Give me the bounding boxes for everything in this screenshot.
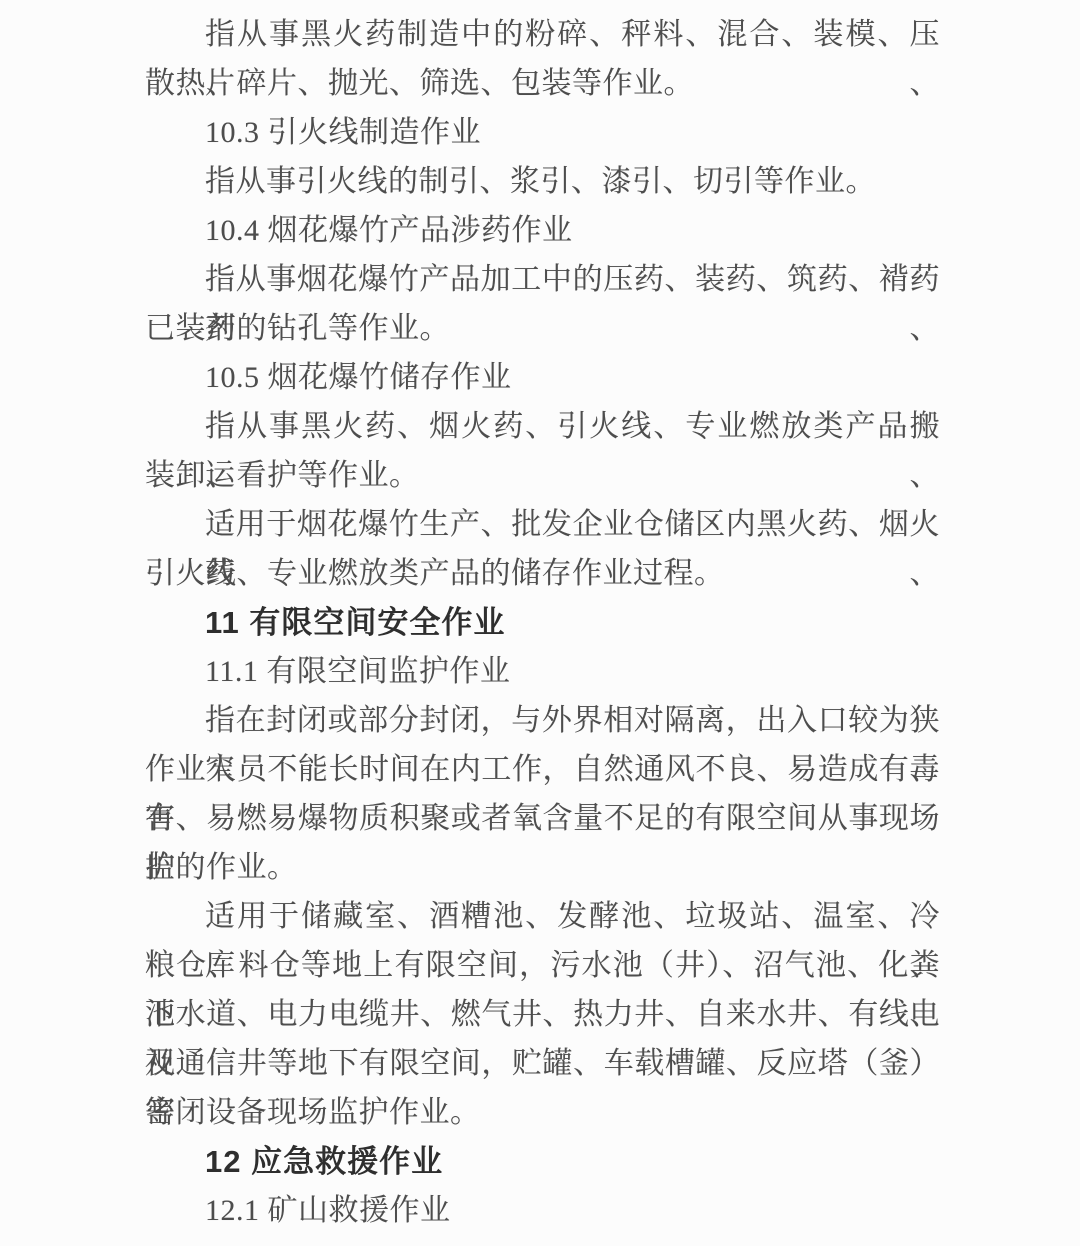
body-text-line: 适用于烟花爆竹生产、批发企业仓储区内黑火药、烟火药、 xyxy=(145,500,940,549)
body-text-line: 密闭设备现场监护作业。 xyxy=(145,1088,940,1137)
body-text-line: 指从事黑火药制造中的粉碎、秤料、混合、装模、压片、 xyxy=(145,10,940,59)
body-text-line: 作业人员不能长时间在内工作，自然通风不良、易造成有毒有 xyxy=(145,745,940,794)
body-text-line: 适用于储藏室、酒糟池、发酵池、垃圾站、温室、冷库、 xyxy=(145,892,940,941)
subsection-heading-10-4: 10.4 烟花爆竹产品涉药作业 xyxy=(145,206,940,255)
body-text-line: 及通信井等地下有限空间，贮罐、车载槽罐、反应塔（釜）等 xyxy=(145,1039,940,1088)
body-text-line: 粮仓、料仓等地上有限空间，污水池（井）、沼气池、化粪池、 xyxy=(145,941,940,990)
body-text-line: 指从事烟花爆竹产品加工中的压药、装药、筑药、褙药剂、 xyxy=(145,255,940,304)
body-text-line: 护的作业。 xyxy=(145,843,940,892)
subsection-heading-12-1: 12.1 矿山救援作业 xyxy=(145,1186,940,1235)
subsection-heading-10-5: 10.5 烟花爆竹储存作业 xyxy=(145,353,940,402)
subsection-heading-10-3: 10.3 引火线制造作业 xyxy=(145,108,940,157)
body-text-line: 害、易燃易爆物质积聚或者氧含量不足的有限空间从事现场监 xyxy=(145,794,940,843)
body-text-line: 下水道、电力电缆井、燃气井、热力井、自来水井、有线电视 xyxy=(145,990,940,1039)
section-heading-12: 12 应急救援作业 xyxy=(145,1137,940,1186)
body-text-line: 指在封闭或部分封闭，与外界相对隔离，出入口较为狭窄、 xyxy=(145,696,940,745)
body-text-line: 指从事黑火药、烟火药、引火线、专业燃放类产品搬运、 xyxy=(145,402,940,451)
document-page: 指从事黑火药制造中的粉碎、秤料、混合、装模、压片、 散热、碎片、抛光、筛选、包装… xyxy=(0,0,1080,1246)
body-text-line: 指从事引火线的制引、浆引、漆引、切引等作业。 xyxy=(145,157,940,206)
document-text-block: 指从事黑火药制造中的粉碎、秤料、混合、装模、压片、 散热、碎片、抛光、筛选、包装… xyxy=(145,10,940,1235)
section-heading-11: 11 有限空间安全作业 xyxy=(145,598,940,647)
subsection-heading-11-1: 11.1 有限空间监护作业 xyxy=(145,647,940,696)
